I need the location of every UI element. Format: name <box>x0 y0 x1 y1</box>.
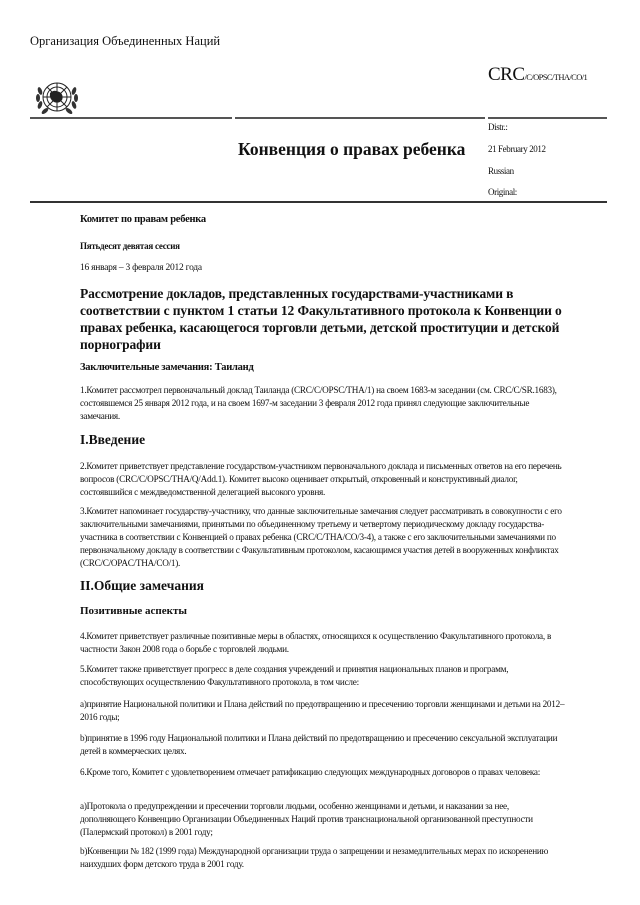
paragraph-6b: b)Конвенции № 182 (1999 года) Международ… <box>80 845 565 871</box>
header-rule-bottom <box>30 201 607 203</box>
paragraph-4: 4.Комитет приветствует различные позитив… <box>80 630 565 656</box>
session-name: Пятьдесят девятая сессия <box>80 240 565 253</box>
organization-name: Организация Объединенных Наций <box>30 34 230 48</box>
header-rule-right <box>488 117 607 119</box>
header-rule-left <box>30 117 232 119</box>
section-heading-introduction: I.Введение <box>80 432 145 448</box>
document-symbol: CRC/C/OPSC/THA/CO/1 <box>488 64 587 86</box>
concluding-heading: Заключительные замечания: Таиланд <box>80 361 565 374</box>
paragraph-6a: a)Протокола о предупреждении и пресечени… <box>80 800 565 839</box>
paragraph-1: 1.Комитет рассмотрел первоначальный докл… <box>80 384 565 423</box>
paragraph-6: 6.Кроме того, Комитет с удовлетворением … <box>80 766 565 779</box>
document-date: 21 February 2012 <box>488 144 546 154</box>
symbol-main: CRC <box>488 64 525 85</box>
paragraph-2: 2.Комитет приветствует представление гос… <box>80 460 565 499</box>
report-title: Рассмотрение докладов, представленных го… <box>80 285 570 353</box>
document-language: Russian <box>488 166 514 176</box>
symbol-suffix: /C/OPSC/THA/CO/1 <box>525 72 588 82</box>
original-label: Original: <box>488 187 517 197</box>
distr-label: Distr.: <box>488 122 507 132</box>
section-heading-general-observations: II.Общие замечания <box>80 578 204 594</box>
convention-title: Конвенция о правах ребенка <box>238 138 468 161</box>
subsection-heading-positive-aspects: Позитивные аспекты <box>80 605 187 617</box>
committee-name: Комитет по правам ребенка <box>80 213 565 226</box>
session-dates: 16 января – 3 февраля 2012 года <box>80 262 565 275</box>
paragraph-5b: b)принятие в 1996 году Национальной поли… <box>80 732 565 758</box>
paragraph-5a: a)принятие Национальной политики и Плана… <box>80 698 565 724</box>
paragraph-3: 3.Комитет напоминает государству-участни… <box>80 505 565 570</box>
un-emblem-icon <box>32 77 82 119</box>
header-rule-middle <box>235 117 485 119</box>
paragraph-5: 5.Комитет также приветствует прогресс в … <box>80 663 565 689</box>
